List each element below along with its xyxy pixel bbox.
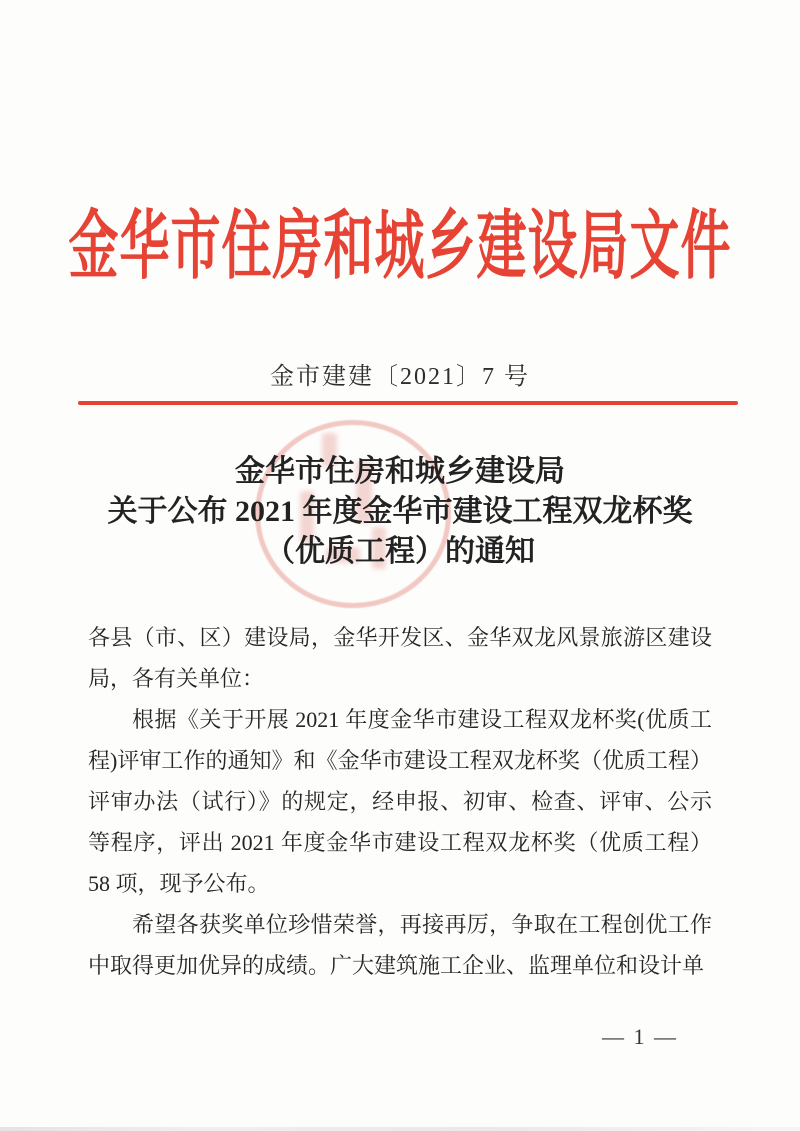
notice-title-line-2: 关于公布 2021 年度金华市建设工程双龙杯奖 bbox=[0, 492, 800, 532]
page-number: — 1 — bbox=[602, 1024, 678, 1050]
body-paragraph-1: 根据《关于开展 2021 年度金华市建设工程双龙杯奖(优质工程)评审工作的通知》… bbox=[88, 699, 712, 904]
salutation-paragraph: 各县（市、区）建设局，金华开发区、金华双龙风景旅游区建设局，各有关单位： bbox=[88, 617, 712, 699]
letterhead-title: 金华市住房和城乡建设局文件 bbox=[0, 186, 800, 294]
red-separator-line bbox=[78, 401, 738, 405]
body-paragraph-2: 希望各获奖单位珍惜荣誉，再接再厉，争取在工程创优工作中取得更加优异的成绩。广大建… bbox=[88, 904, 712, 986]
notice-title-line-3: （优质工程）的通知 bbox=[0, 532, 800, 572]
notice-body: 各县（市、区）建设局，金华开发区、金华双龙风景旅游区建设局，各有关单位： 根据《… bbox=[88, 617, 712, 986]
scanned-document-page: 金华市住房和城乡建设局文件 金市建建〔2021〕7 号 金华市住房和城乡建设局 … bbox=[0, 0, 800, 1131]
document-number: 金市建建〔2021〕7 号 bbox=[0, 356, 800, 391]
notice-title-line-1: 金华市住房和城乡建设局 bbox=[0, 452, 800, 492]
notice-title: 金华市住房和城乡建设局 关于公布 2021 年度金华市建设工程双龙杯奖 （优质工… bbox=[0, 452, 800, 572]
scan-edge-artifact bbox=[0, 1127, 800, 1131]
